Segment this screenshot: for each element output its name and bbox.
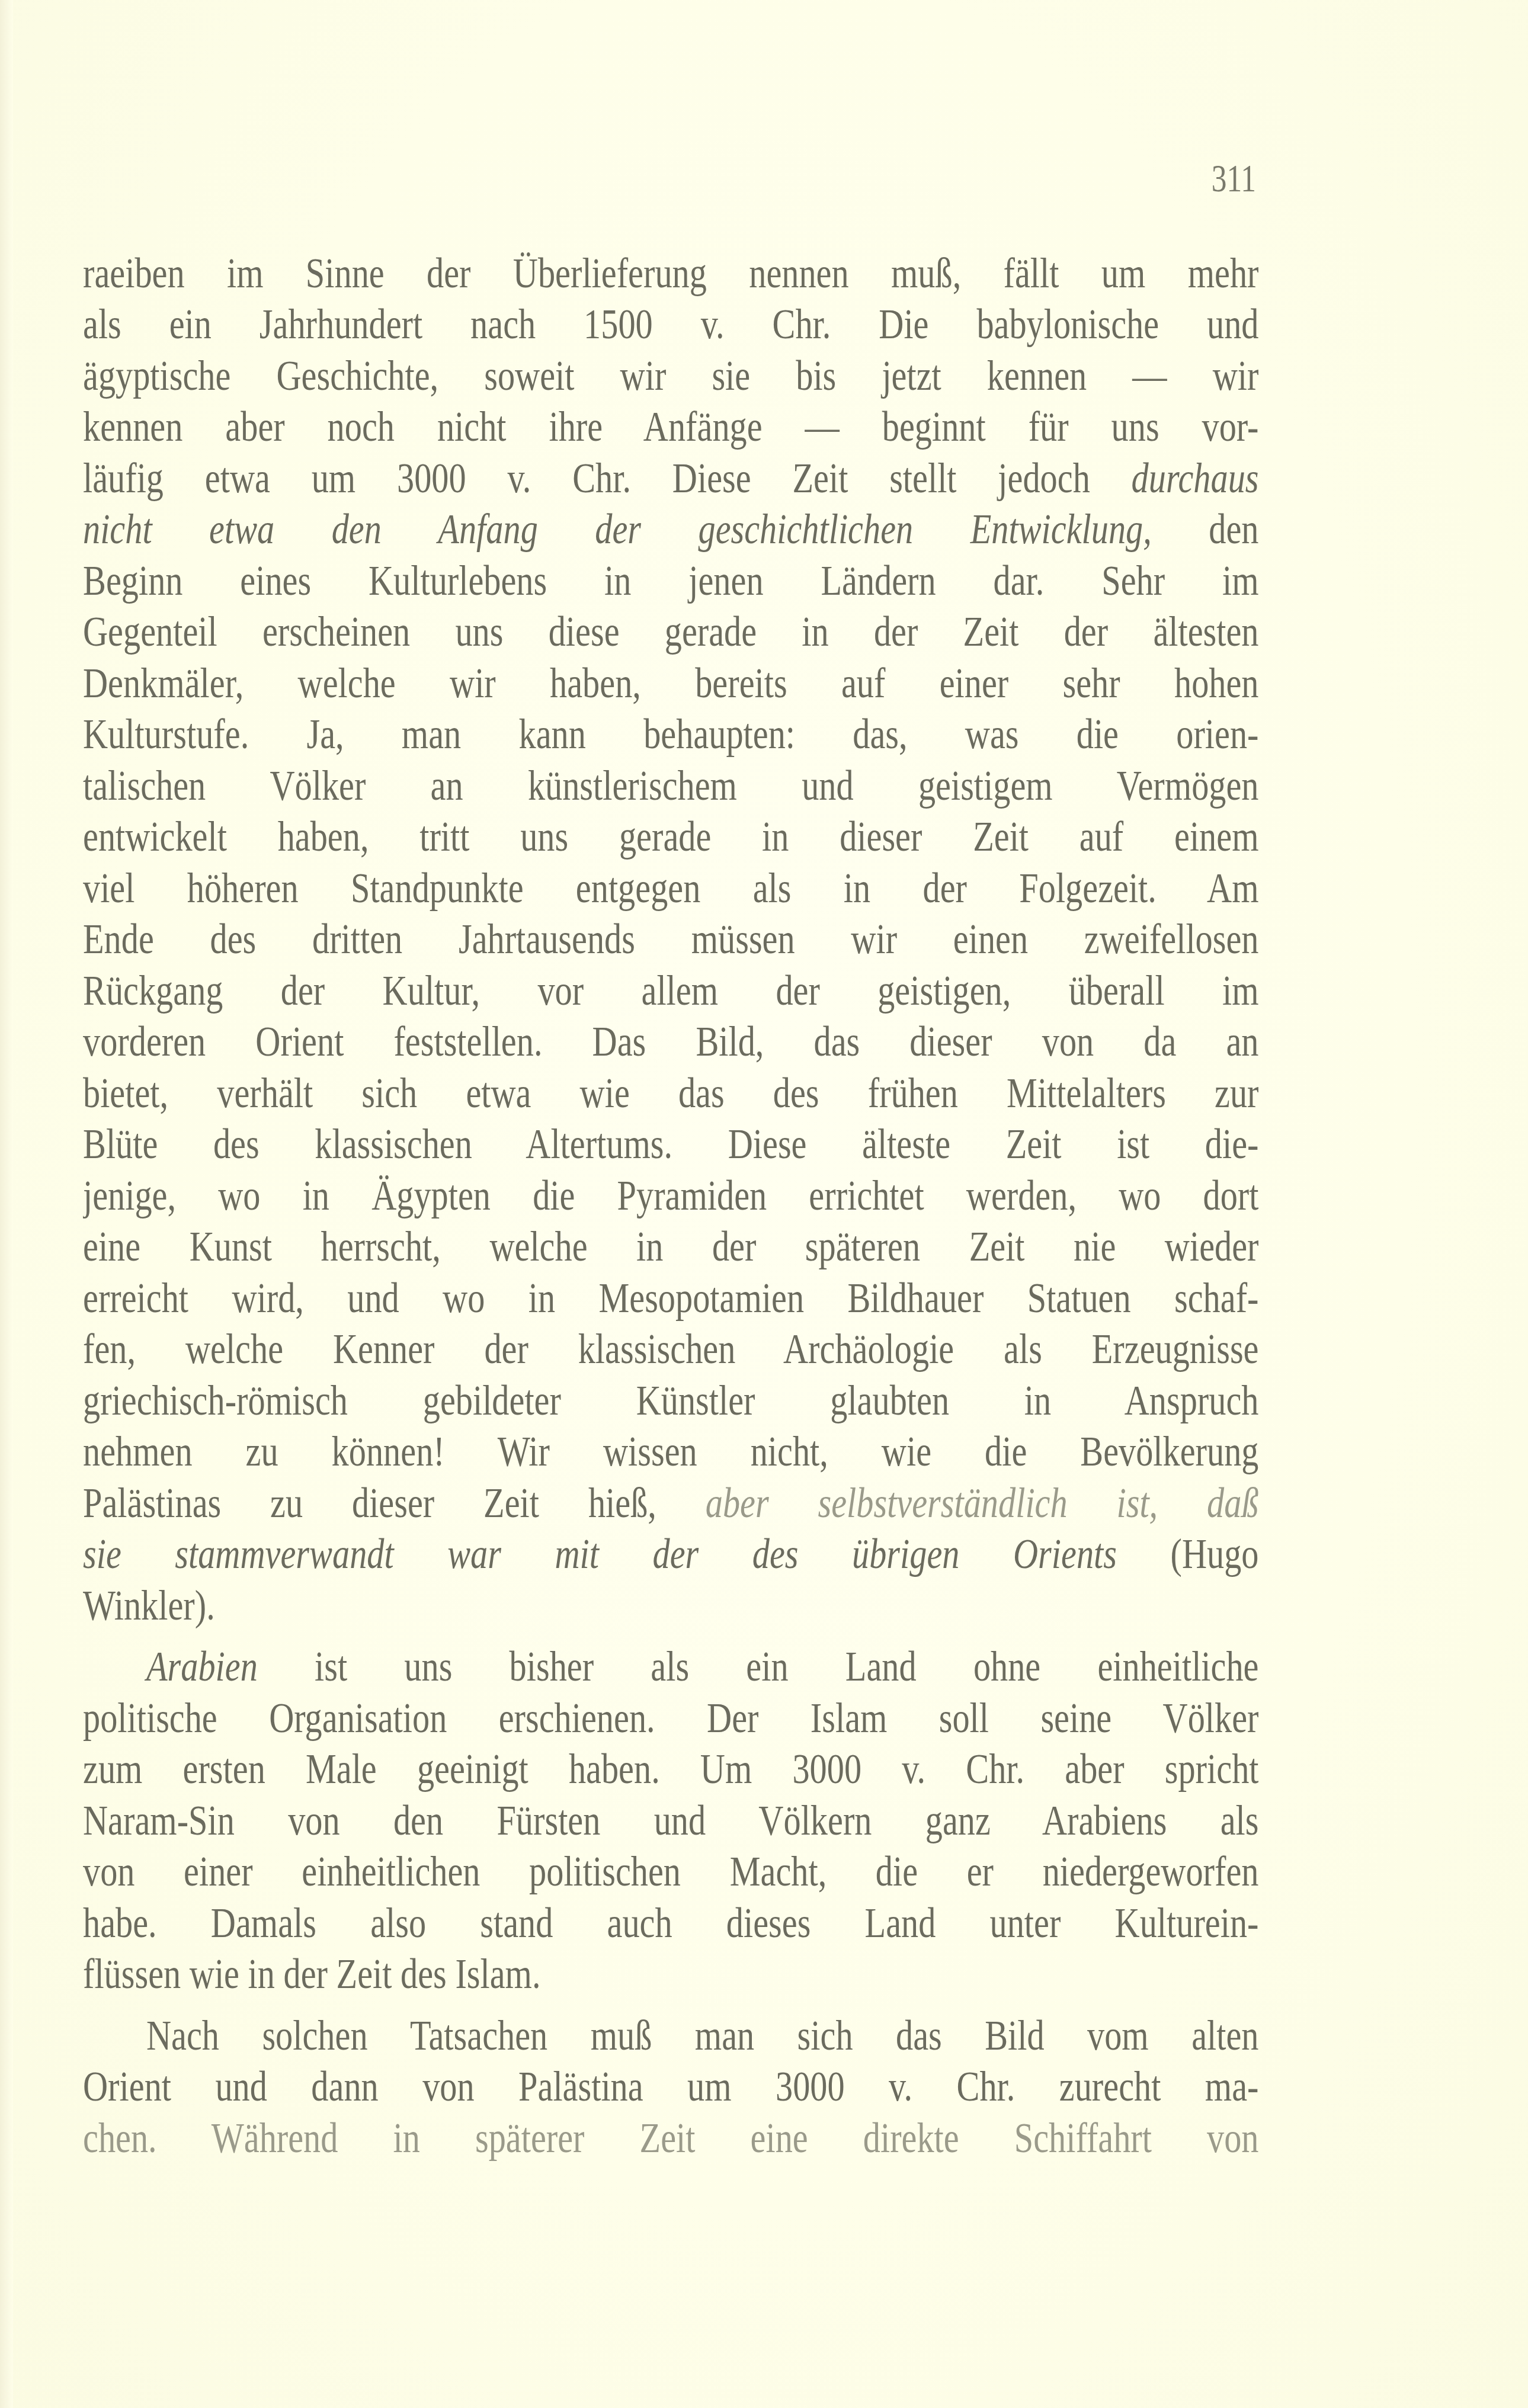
text-line: Blüte des klassischen Altertums. Diese ä… [83,1118,1259,1169]
text-line: viel höheren Standpunkte entgegen als in… [83,862,1259,913]
text-line: nicht etwa den Anfang der geschichtliche… [83,504,1259,554]
text-line: flüssen wie in der Zeit des Islam. [83,1948,1259,1999]
page-number: 311 [1196,155,1256,203]
text-line: kennen aber noch nicht ihre Anfänge — be… [83,401,1259,452]
italic-emphasis: Arabien [146,1643,258,1690]
text-line: fen, welche Kenner der klassischen Archä… [83,1323,1259,1374]
text-line: erreicht wird, und wo in Mesopotamien Bi… [83,1272,1259,1323]
text-line: Beginn eines Kulturlebens in jenen Lände… [83,555,1259,606]
text-line: Ende des dritten Jahrtausends müssen wir… [83,913,1259,964]
italic-emphasis: aber selbstverständlich ist, daß [706,1479,1259,1527]
text-line: eine Kunst herrscht, welche in der späte… [83,1221,1259,1272]
text-line: Arabien ist uns bisher als ein Land ohne… [83,1641,1259,1692]
page-edge [0,0,13,2408]
text-line: griechisch-römisch gebildeter Künstler g… [83,1375,1259,1426]
text-line: Naram-Sin von den Fürsten und Völkern ga… [83,1795,1259,1846]
text-line: Kulturstufe. Ja, man kann behaupten: das… [83,708,1259,759]
text-line: Orient und dann von Palästina um 3000 v.… [83,2061,1259,2112]
text-line: talischen Völker an künstlerischem und g… [83,760,1259,811]
text-line: habe. Damals also stand auch dieses Land… [83,1897,1259,1948]
text-line: jenige, wo in Ägypten die Pyramiden erri… [83,1170,1259,1221]
book-page: 311 raeiben im Sinne der Überlieferung n… [0,0,1528,2408]
text-line: von einer einheitlichen politischen Mach… [83,1846,1259,1897]
text-line: läufig etwa um 3000 v. Chr. Diese Zeit s… [83,453,1259,504]
text-line: Winkler). [83,1580,1259,1631]
text-line: entwickelt haben, tritt uns gerade in di… [83,811,1259,862]
italic-emphasis: durchaus [1132,454,1259,502]
text-line: als ein Jahrhundert nach 1500 v. Chr. Di… [83,299,1259,350]
text-line: Gegenteil erscheinen uns diese gerade in… [83,606,1259,657]
text-line: vorderen Orient feststellen. Das Bild, d… [83,1016,1259,1067]
text-line: ägyptische Geschichte, soweit wir sie bi… [83,350,1259,401]
text-line: zum ersten Male geeinigt haben. Um 3000 … [83,1743,1259,1794]
text-line: Nach solchen Tatsachen muß man sich das … [83,2010,1259,2061]
text-line: politische Organisation erschienen. Der … [83,1692,1259,1743]
text-line: bietet, verhält sich etwa wie das des fr… [83,1067,1259,1118]
text-line: Denkmäler, welche wir haben, bereits auf… [83,658,1259,708]
text-line: Rückgang der Kultur, vor allem der geist… [83,965,1259,1016]
text-line: Palästinas zu dieser Zeit hieß, aber sel… [83,1477,1259,1528]
italic-emphasis: nicht etwa den Anfang der geschichtliche… [83,505,1152,553]
italic-emphasis: sie stammverwandt war mit der des übrige… [83,1530,1117,1577]
text-line: nehmen zu können! Wir wissen nicht, wie … [83,1426,1259,1477]
text-line: sie stammverwandt war mit der des übrige… [83,1528,1259,1579]
text-line: chen. Während in späterer Zeit eine dire… [83,2112,1259,2163]
text-line: raeiben im Sinne der Überlieferung nenne… [83,248,1259,299]
